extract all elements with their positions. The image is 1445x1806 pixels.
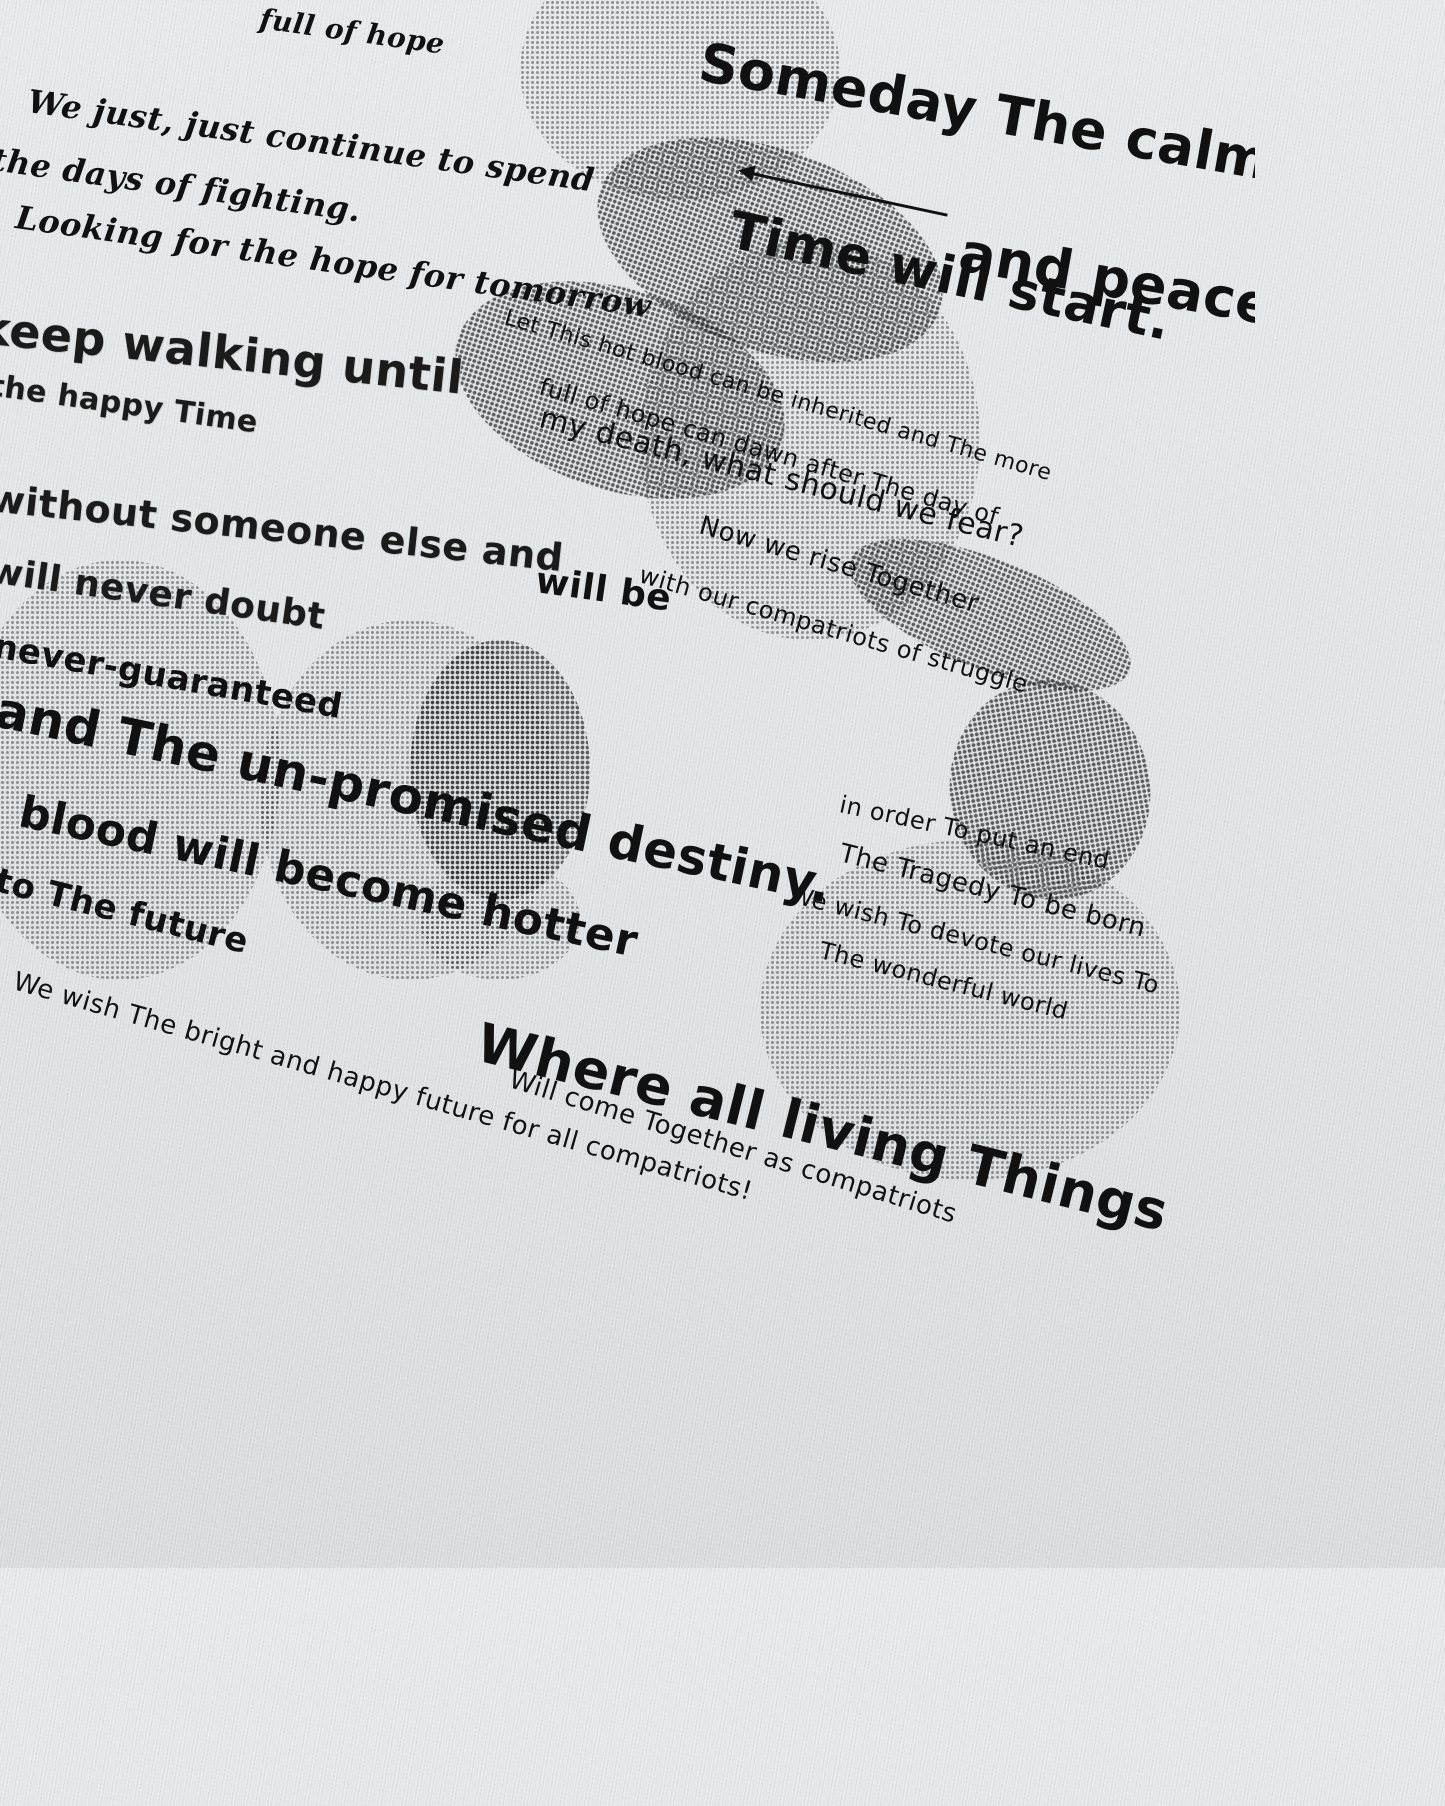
t-shirt-print: full of hope We just, just continue to s… xyxy=(0,0,1255,1568)
text-full-of-hope: full of hope xyxy=(258,2,447,61)
